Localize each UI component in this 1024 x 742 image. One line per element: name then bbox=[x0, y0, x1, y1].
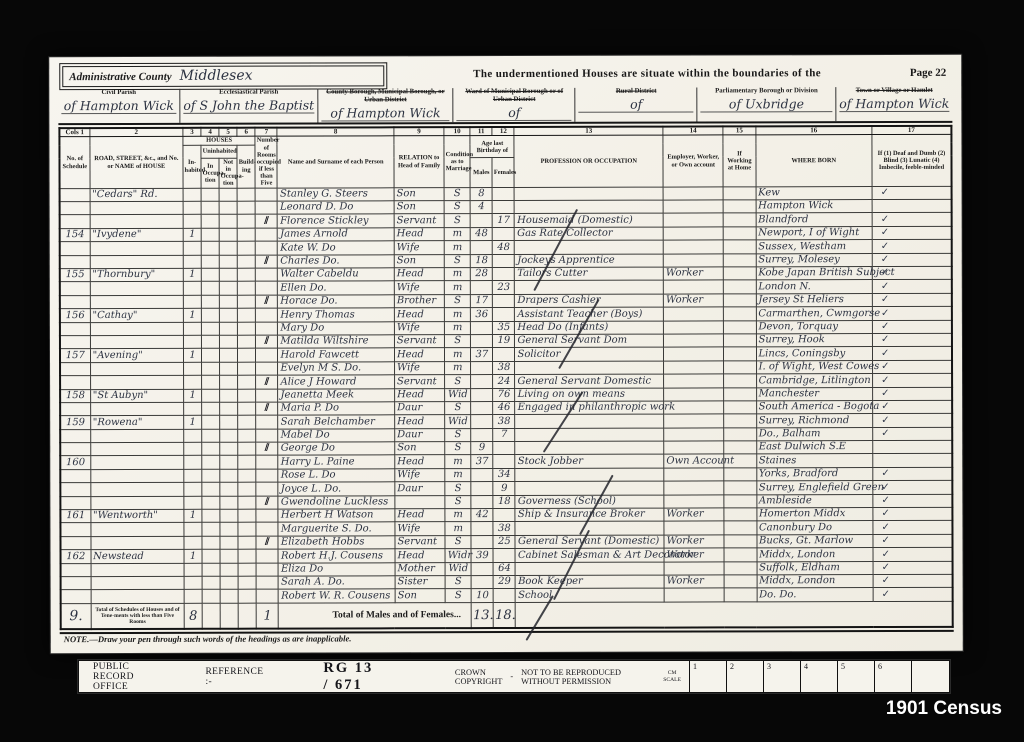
totals-building: 1 bbox=[256, 603, 278, 629]
col-number: 17 bbox=[872, 125, 951, 135]
cell-where-born: Surrey, Molesey bbox=[756, 253, 873, 267]
administrative-county-box: Administrative County Middlesex bbox=[62, 65, 384, 87]
cell-condition: m bbox=[444, 241, 470, 254]
cell-schedule-number bbox=[60, 255, 90, 268]
cell-working-at-home bbox=[724, 240, 756, 253]
cell-occupation bbox=[515, 441, 664, 455]
cell-uninhabited-not-in-occupation bbox=[220, 563, 238, 576]
cell-where-born: Sussex, Westham bbox=[756, 240, 873, 254]
cell-inhabited: 1 bbox=[184, 389, 202, 402]
district-county-borough: County Borough, Municipal Borough, or Ur… bbox=[317, 88, 453, 122]
cell-house-name bbox=[90, 442, 183, 456]
cell-person-name: Henry Thomas bbox=[278, 308, 395, 322]
cell-house-name bbox=[90, 496, 183, 510]
header-name: Name and Surname of each Person bbox=[277, 136, 394, 188]
cell-age-male bbox=[471, 562, 493, 575]
district-ward: Ward of Municipal Borough or of Urban Di… bbox=[453, 88, 575, 122]
cell-house-name bbox=[90, 362, 183, 376]
scale-mark: 2 bbox=[727, 661, 764, 692]
cell-rooms-mark bbox=[256, 241, 278, 254]
cell-rooms-mark bbox=[256, 563, 278, 576]
cell-house-name: "Rowena" bbox=[90, 416, 183, 430]
cell-person-name: Rose L. Do bbox=[278, 469, 395, 483]
cell-inhabited bbox=[184, 402, 202, 415]
header-relation: RELATION to Head of Family bbox=[394, 136, 444, 187]
cell-age-male: 37 bbox=[471, 455, 493, 468]
cell-inhabited bbox=[183, 215, 201, 228]
scan-top-header: Administrative County Middlesex The unde… bbox=[58, 61, 952, 87]
cell-house-name: Newstead bbox=[91, 550, 184, 564]
header-row-1: No. of Schedule ROAD, STREET, &c., and N… bbox=[59, 135, 951, 146]
cell-condition: S bbox=[445, 335, 471, 348]
cell-age-female: 23 bbox=[493, 281, 515, 294]
cell-infirmity-tick: ✓ bbox=[872, 280, 951, 294]
cell-rooms-mark bbox=[256, 576, 278, 589]
cell-relation: Head bbox=[394, 227, 444, 241]
cell-age-female: 35 bbox=[493, 321, 515, 334]
cell-person-name: Elizabeth Hobbs bbox=[278, 536, 395, 550]
cell-uninhabited-in-occupation bbox=[201, 295, 219, 308]
cell-working-at-home bbox=[724, 280, 756, 293]
cell-uninhabited-not-in-occupation bbox=[219, 215, 237, 228]
cell-person-name: Leonard D. Do bbox=[278, 201, 395, 215]
cell-employer bbox=[664, 374, 724, 388]
cell-condition: S bbox=[445, 482, 471, 495]
header-not-in-occupation: Not in Occupa-tion bbox=[219, 158, 237, 188]
cell-schedule-number bbox=[60, 429, 90, 442]
cell-age-female bbox=[493, 254, 515, 267]
header-age: Age last Birthday of bbox=[470, 136, 514, 158]
cell-rooms-mark: ⫽ bbox=[256, 442, 278, 455]
cell-inhabited bbox=[183, 282, 201, 295]
cell-age-male bbox=[471, 468, 493, 481]
cell-person-name: Joyce L. Do. bbox=[278, 482, 395, 496]
cell-schedule-number bbox=[60, 282, 90, 295]
cell-relation: Head bbox=[395, 415, 445, 429]
cell-rooms-mark bbox=[255, 201, 277, 214]
cell-infirmity-tick: ✓ bbox=[872, 226, 951, 240]
district-label: Town or Village or Hamlet bbox=[839, 87, 949, 95]
cell-infirmity-tick: ✓ bbox=[873, 414, 952, 428]
cell-condition: S bbox=[445, 294, 471, 307]
cell-occupation: Drapers Cashier bbox=[515, 294, 664, 308]
cell-condition: m bbox=[445, 455, 471, 468]
totals-empty bbox=[238, 603, 256, 629]
header-females: Females bbox=[492, 157, 514, 187]
cell-age-female: 38 bbox=[493, 361, 515, 374]
cell-relation: Head bbox=[394, 308, 444, 322]
district-label: Civil Parish bbox=[61, 89, 176, 97]
cell-uninhabited-in-occupation bbox=[202, 335, 220, 348]
cell-rooms-mark bbox=[256, 429, 278, 442]
district-label: Ward of Municipal Borough or of Urban Di… bbox=[457, 88, 572, 104]
cell-infirmity-tick bbox=[873, 440, 952, 454]
cell-inhabited: 1 bbox=[184, 549, 202, 562]
cell-inhabited bbox=[184, 496, 202, 509]
cell-house-name bbox=[90, 456, 183, 470]
header-males: Males bbox=[470, 158, 492, 188]
cell-working-at-home bbox=[724, 441, 756, 454]
cell-house-name: "St Aubyn" bbox=[90, 389, 183, 403]
cell-infirmity-tick: ✓ bbox=[873, 494, 952, 508]
cell-uninhabited-in-occupation bbox=[202, 563, 220, 576]
cell-rooms-mark bbox=[256, 509, 278, 522]
cell-person-name: Robert H.J. Cousens bbox=[278, 549, 395, 563]
cell-person-name: Mabel Do bbox=[278, 428, 395, 442]
cell-age-male bbox=[471, 375, 493, 388]
cell-rooms-mark bbox=[256, 456, 278, 469]
cell-uninhabited-not-in-occupation bbox=[219, 255, 237, 268]
cell-uninhabited-not-in-occupation bbox=[220, 482, 238, 495]
cell-infirmity-tick: ✓ bbox=[872, 240, 951, 254]
cell-occupation bbox=[515, 187, 664, 201]
cell-person-name: George Do bbox=[278, 442, 395, 456]
cell-infirmity-tick: ✓ bbox=[873, 347, 952, 361]
cell-schedule-number: 154 bbox=[60, 228, 90, 241]
cell-uninhabited-in-occupation bbox=[202, 375, 220, 388]
cell-uninhabited-in-occupation bbox=[202, 496, 220, 509]
col-number: 13 bbox=[514, 126, 663, 136]
cell-working-at-home bbox=[724, 334, 756, 347]
cell-building bbox=[238, 375, 256, 388]
cell-house-name bbox=[90, 242, 183, 256]
cell-employer bbox=[663, 227, 723, 241]
cell-person-name: Charles Do. bbox=[278, 254, 395, 268]
header-rooms: Number of Rooms occupied if less than Fi… bbox=[255, 137, 277, 188]
cell-age-female bbox=[493, 509, 515, 522]
cell-schedule-number bbox=[60, 295, 90, 308]
cell-working-at-home bbox=[724, 575, 756, 588]
cell-condition: m bbox=[445, 468, 471, 481]
cell-working-at-home bbox=[725, 588, 757, 601]
col-number: Cols 1 bbox=[59, 128, 89, 137]
cell-rooms-mark bbox=[256, 281, 278, 294]
cell-schedule-number bbox=[60, 402, 90, 415]
cell-relation: Head bbox=[395, 549, 445, 563]
footer-separator: - bbox=[510, 672, 513, 681]
cell-infirmity-tick: ✓ bbox=[873, 574, 952, 588]
cell-rooms-mark bbox=[256, 589, 278, 602]
cell-schedule-number bbox=[60, 523, 90, 536]
cell-relation: Servant bbox=[394, 335, 444, 349]
cell-occupation: Stock Jobber bbox=[515, 455, 664, 469]
cell-rooms-mark bbox=[256, 523, 278, 536]
cell-uninhabited-not-in-occupation bbox=[220, 389, 238, 402]
cell-where-born: London N. bbox=[756, 280, 873, 294]
district-civil-parish: Civil Parish of Hampton Wick bbox=[58, 89, 179, 123]
cell-building bbox=[238, 389, 256, 402]
cell-occupation bbox=[515, 428, 664, 442]
district-town-village: Town or Village or Hamlet of Hampton Wic… bbox=[835, 87, 952, 121]
cell-age-male: 8 bbox=[470, 187, 492, 200]
header-employer: Employer, Worker, or Own account bbox=[663, 135, 723, 186]
col-number: 5 bbox=[219, 127, 237, 136]
cell-employer: Worker bbox=[664, 508, 724, 522]
cell-inhabited bbox=[184, 483, 202, 496]
cell-building bbox=[237, 215, 255, 228]
cell-age-female: 64 bbox=[493, 562, 515, 575]
cell-employer bbox=[664, 481, 724, 495]
cell-relation: Wife bbox=[395, 522, 445, 536]
cell-schedule-number bbox=[61, 577, 91, 590]
cell-where-born: Do., Balham bbox=[756, 427, 873, 441]
scale-mark: 6 bbox=[875, 661, 912, 692]
cell-employer bbox=[664, 347, 724, 361]
cell-condition: m bbox=[445, 321, 471, 334]
cell-age-male bbox=[471, 281, 493, 294]
cell-schedule-number bbox=[60, 469, 90, 482]
cell-age-female bbox=[493, 348, 515, 361]
cell-schedule-number bbox=[61, 590, 91, 603]
administrative-county-value: Middlesex bbox=[180, 68, 253, 84]
cell-uninhabited-in-occupation bbox=[202, 523, 220, 536]
cell-condition: m bbox=[444, 268, 470, 281]
cell-age-female bbox=[493, 294, 515, 307]
cell-occupation: Head Do (Infants) bbox=[515, 321, 664, 335]
cell-employer: Own Account bbox=[664, 454, 724, 468]
cell-uninhabited-not-in-occupation bbox=[220, 429, 238, 442]
cell-rooms-mark bbox=[256, 308, 278, 321]
cell-employer bbox=[664, 441, 724, 455]
cell-house-name bbox=[90, 375, 183, 389]
cell-condition: Wid bbox=[445, 562, 471, 575]
cell-where-born: Canonbury Do bbox=[756, 521, 873, 535]
census-scan-page: Administrative County Middlesex The unde… bbox=[49, 55, 963, 653]
cell-house-name: "Cathay" bbox=[90, 309, 183, 323]
cell-inhabited: 1 bbox=[183, 308, 201, 321]
reference-value: RG 13 / 671 bbox=[323, 660, 377, 694]
cell-age-female: 25 bbox=[493, 535, 515, 548]
cell-building bbox=[238, 563, 256, 576]
crown-copyright-label: CROWN COPYRIGHT bbox=[455, 668, 502, 686]
cell-schedule-number bbox=[60, 188, 90, 201]
cell-age-female bbox=[492, 187, 514, 200]
cell-person-name: Evelyn M S. Do. bbox=[278, 362, 395, 376]
cell-infirmity-tick: ✓ bbox=[873, 427, 952, 441]
district-value: of bbox=[579, 96, 694, 112]
district-value: of bbox=[457, 104, 572, 120]
cell-condition: m bbox=[445, 361, 471, 374]
cell-condition: S bbox=[445, 442, 471, 455]
cell-building bbox=[238, 282, 256, 295]
cell-inhabited bbox=[183, 255, 201, 268]
administrative-county-label: Administrative County bbox=[69, 71, 171, 83]
col-number: 11 bbox=[470, 127, 492, 136]
cell-relation bbox=[395, 495, 445, 509]
cell-condition: m bbox=[444, 281, 470, 294]
cell-relation: Mother bbox=[395, 562, 445, 576]
cell-inhabited bbox=[183, 188, 201, 201]
cell-uninhabited-in-occupation bbox=[202, 402, 220, 415]
cell-age-male bbox=[471, 415, 493, 428]
cell-uninhabited-not-in-occupation bbox=[220, 523, 238, 536]
cell-condition: S bbox=[445, 428, 471, 441]
district-value: of Hampton Wick bbox=[61, 98, 176, 114]
cell-building bbox=[238, 429, 256, 442]
header-building: Build-ing bbox=[237, 145, 255, 188]
cell-uninhabited-in-occupation bbox=[202, 416, 220, 429]
cell-uninhabited-in-occupation bbox=[202, 429, 220, 442]
cell-working-at-home bbox=[724, 387, 756, 400]
district-value: of Hampton Wick bbox=[321, 105, 450, 121]
col-number: 6 bbox=[237, 127, 255, 136]
cell-person-name: Horace Do. bbox=[278, 295, 395, 309]
cell-employer: Worker bbox=[663, 294, 723, 308]
cell-uninhabited-not-in-occupation bbox=[220, 308, 238, 321]
cell-building bbox=[238, 402, 256, 415]
cell-working-at-home bbox=[724, 267, 756, 280]
cell-house-name bbox=[90, 255, 183, 269]
cell-building bbox=[238, 482, 256, 495]
cell-relation: Son bbox=[394, 201, 444, 215]
cell-house-name: "Avening" bbox=[90, 349, 183, 363]
cell-condition: S bbox=[445, 535, 471, 548]
cell-working-at-home bbox=[724, 428, 756, 441]
totals-houses: 8 bbox=[184, 603, 202, 629]
cell-building bbox=[238, 509, 256, 522]
cell-occupation bbox=[515, 240, 664, 254]
totals-males: 13. bbox=[471, 602, 493, 628]
cell-age-female: 17 bbox=[493, 214, 515, 227]
header-born: WHERE BORN bbox=[755, 135, 872, 187]
cell-infirmity-tick: ✓ bbox=[872, 253, 951, 267]
cell-building bbox=[238, 549, 256, 562]
col-number: 4 bbox=[201, 127, 219, 136]
cell-inhabited: 1 bbox=[183, 228, 201, 241]
cell-person-name: Sarah Belchamber bbox=[278, 415, 395, 429]
cell-schedule-number bbox=[60, 536, 90, 549]
cell-schedule-number bbox=[60, 362, 90, 375]
cell-house-name: "Wentworth" bbox=[91, 509, 184, 523]
cell-where-born: Surrey, Richmond bbox=[756, 414, 873, 428]
cell-infirmity-tick bbox=[872, 199, 951, 213]
cell-rooms-mark bbox=[256, 389, 278, 402]
cell-where-born: Kew bbox=[756, 186, 873, 200]
cell-house-name bbox=[90, 201, 183, 215]
cell-relation: Daur bbox=[395, 402, 445, 416]
cell-occupation: Book Keeper bbox=[516, 575, 665, 589]
cell-age-female bbox=[493, 308, 515, 321]
cell-condition: S bbox=[445, 401, 471, 414]
cell-age-male: 36 bbox=[471, 308, 493, 321]
cell-person-name: Jeanetta Meek bbox=[278, 388, 395, 402]
header-road: ROAD, STREET, &c., and No. or NAME of HO… bbox=[90, 137, 184, 188]
cell-schedule-number bbox=[60, 496, 90, 509]
cell-where-born: Carmarthen, Cwmgorse bbox=[756, 307, 873, 321]
cell-relation: Daur bbox=[395, 428, 445, 442]
cell-age-male bbox=[471, 576, 493, 589]
cell-person-name: Stanley G. Steers bbox=[278, 187, 395, 201]
cell-house-name: "Thornbury" bbox=[90, 268, 183, 282]
cell-house-name: "Cedars" Rd. bbox=[90, 188, 183, 202]
cell-rooms-mark bbox=[256, 362, 278, 375]
cell-condition: S bbox=[445, 375, 471, 388]
cell-uninhabited-not-in-occupation bbox=[219, 188, 237, 201]
cell-condition: m bbox=[445, 509, 471, 522]
cell-uninhabited-not-in-occupation bbox=[219, 241, 237, 254]
cell-infirmity-tick: ✓ bbox=[873, 400, 952, 414]
cell-occupation: Engaged in philanthropic work bbox=[515, 401, 664, 415]
cell-uninhabited-not-in-occupation bbox=[219, 282, 237, 295]
cell-uninhabited-in-occupation bbox=[201, 241, 219, 254]
cell-person-name: Gwendoline Luckless bbox=[278, 495, 395, 509]
scale-mark: 4 bbox=[801, 661, 838, 692]
cell-working-at-home bbox=[724, 494, 756, 507]
cell-where-born: Middx, London bbox=[757, 548, 874, 562]
cell-employer: Worker bbox=[663, 267, 723, 281]
cell-age-male: 17 bbox=[471, 294, 493, 307]
cell-working-at-home bbox=[724, 401, 756, 414]
cell-schedule-number bbox=[60, 202, 90, 215]
col-number: 10 bbox=[444, 127, 470, 136]
cell-age-female: 7 bbox=[493, 428, 515, 441]
cell-rooms-mark bbox=[256, 322, 278, 335]
cell-person-name: James Arnold bbox=[278, 228, 395, 242]
cell-infirmity-tick: ✓ bbox=[873, 360, 952, 374]
totals-males-females-label: Total of Males and of Females... bbox=[279, 602, 472, 629]
cell-schedule-number bbox=[60, 443, 90, 456]
cell-inhabited bbox=[184, 590, 202, 603]
cell-building bbox=[238, 415, 256, 428]
cell-inhabited: 1 bbox=[184, 509, 202, 522]
cell-uninhabited-not-in-occupation bbox=[220, 576, 238, 589]
cell-person-name: Robert W. R. Cousens bbox=[279, 589, 396, 603]
cell-age-female: 76 bbox=[493, 388, 515, 401]
cell-infirmity-tick: ✓ bbox=[872, 333, 951, 347]
col-number: 14 bbox=[663, 126, 723, 135]
cell-building bbox=[238, 456, 256, 469]
cell-infirmity-tick: ✓ bbox=[873, 467, 952, 481]
cell-uninhabited-in-occupation bbox=[202, 536, 220, 549]
cell-uninhabited-in-occupation bbox=[202, 349, 220, 362]
header-home: If Working at Home bbox=[723, 135, 755, 186]
cell-infirmity-tick: ✓ bbox=[873, 507, 952, 521]
district-value: of Uxbridge bbox=[701, 96, 833, 112]
cell-person-name: Sarah A. Do. bbox=[279, 576, 396, 590]
cell-where-born: Newport, I of Wight bbox=[756, 226, 873, 240]
cell-inhabited bbox=[184, 563, 202, 576]
cell-building bbox=[238, 348, 256, 361]
header-in-occupation: In Occupa-tion bbox=[201, 158, 219, 188]
cell-employer: Worker bbox=[664, 548, 724, 562]
cell-relation: Daur bbox=[395, 482, 445, 496]
district-parliamentary-borough: Parliamentary Borough or Division of Uxb… bbox=[697, 87, 836, 121]
cell-relation: Son bbox=[394, 254, 444, 268]
cell-infirmity-tick: ✓ bbox=[872, 293, 951, 307]
cell-building bbox=[238, 255, 256, 268]
district-label: Ecclesiastical Parish bbox=[183, 89, 314, 97]
cell-inhabited bbox=[184, 456, 202, 469]
cell-employer bbox=[663, 200, 723, 214]
cell-uninhabited-not-in-occupation bbox=[219, 268, 237, 281]
cell-occupation: Gas Rate Collector bbox=[515, 227, 664, 241]
cell-uninhabited-not-in-occupation bbox=[220, 375, 238, 388]
cell-relation: Head bbox=[394, 348, 444, 362]
cell-building bbox=[238, 469, 256, 482]
cell-inhabited bbox=[184, 429, 202, 442]
cell-where-born: Surrey, Hook bbox=[756, 333, 873, 347]
cell-working-at-home bbox=[724, 414, 756, 427]
col-number: 8 bbox=[277, 127, 394, 137]
cell-age-male: 37 bbox=[471, 348, 493, 361]
cell-where-born: Surrey, Englefield Green bbox=[756, 481, 873, 495]
cell-working-at-home bbox=[723, 200, 755, 213]
cell-relation: Servant bbox=[395, 535, 445, 549]
cell-condition: Wid bbox=[445, 415, 471, 428]
cell-house-name bbox=[90, 282, 183, 296]
cell-inhabited bbox=[184, 442, 202, 455]
cell-inhabited: 1 bbox=[184, 416, 202, 429]
